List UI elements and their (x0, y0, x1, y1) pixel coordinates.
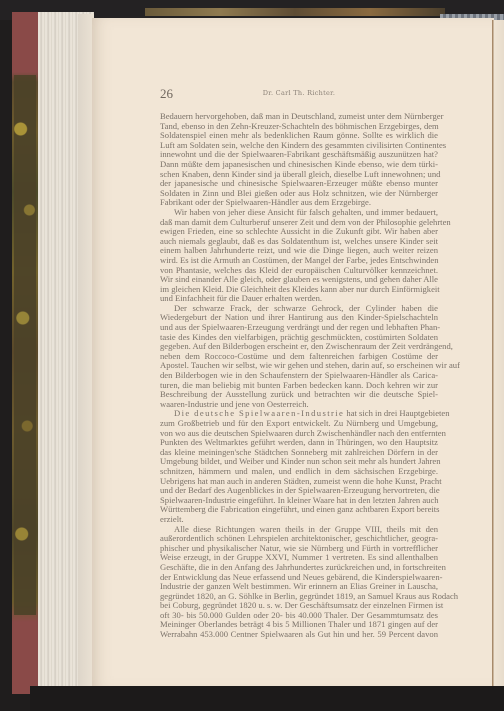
paragraph-5: Alle diese Richtungen waren theils in de… (160, 525, 438, 640)
paragraph-4: Die deutsche Spielwaaren-Industrie hat s… (160, 409, 438, 524)
spaced-heading-text: Die deutsche Spielwaaren-Industrie (174, 408, 344, 418)
text-fragment: hat sich in drei Hauptgebieten (344, 408, 449, 418)
paragraph-2: Wir haben von jeher diese Ansicht für fa… (160, 208, 438, 304)
text-line: Württemberg die Fabrication eingeführt, … (160, 505, 438, 515)
marbled-cover-pattern (14, 75, 36, 615)
running-head-title: Dr. Carl Th. Richter. (160, 89, 438, 97)
paragraph-3: Der schwarze Frack, der schwarze Gehrock… (160, 304, 438, 410)
page-content: 26 Dr. Carl Th. Richter. Bedauern hervor… (160, 86, 438, 640)
page-right-edge (492, 20, 504, 690)
book-top-edge (145, 8, 445, 16)
paragraph-1: Bedauern hervorgehoben, daß man in Deuts… (160, 112, 438, 208)
running-head: 26 Dr. Carl Th. Richter. (160, 86, 438, 102)
text-line: Werrabahn 453.000 Centner Spielwaaren al… (160, 630, 438, 640)
background-bottom (30, 686, 504, 711)
